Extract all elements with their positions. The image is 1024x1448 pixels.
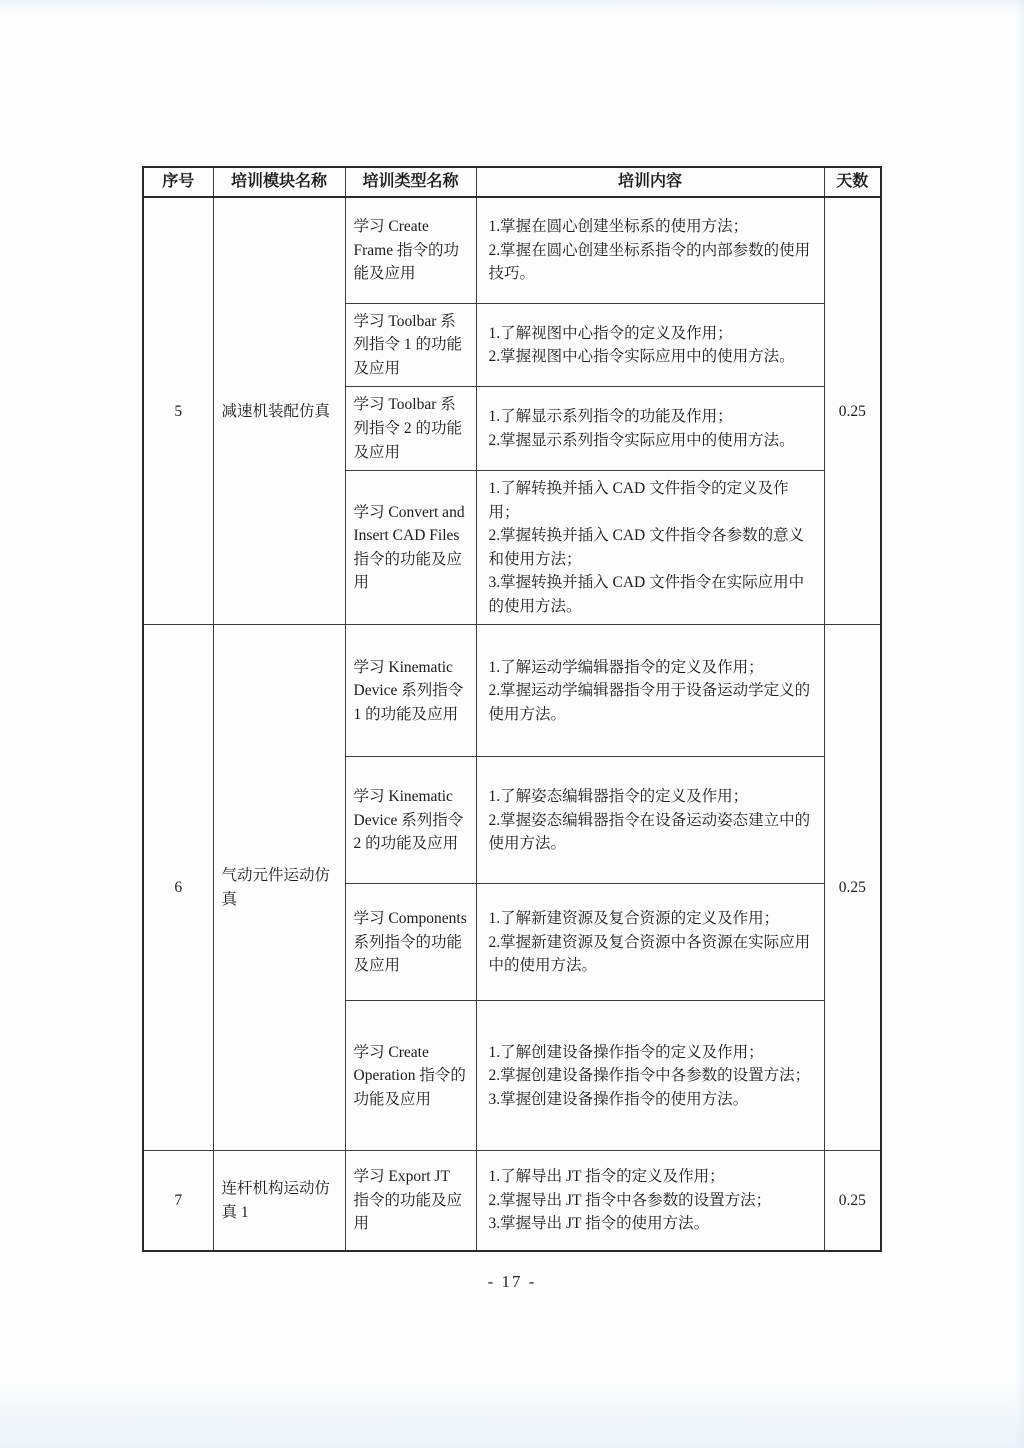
training-content: 1.了解显示系列指令的功能及作用； 2.掌握显示系列指令实际应用中的使用方法。 xyxy=(476,387,824,471)
module-6-name: 气动元件运动仿真 xyxy=(213,625,345,1151)
training-type: 学习 Components 系列指令的功能及应用 xyxy=(345,884,476,1001)
module-7-name: 连杆机构运动仿真 1 xyxy=(213,1151,345,1251)
table-row: 6 气动元件运动仿真 学习 Kinematic Device 系列指令 1 的功… xyxy=(143,625,881,757)
column-header-content: 培训内容 xyxy=(476,167,824,197)
column-header-no: 序号 xyxy=(143,167,213,197)
training-content: 1.了解新建资源及复合资源的定义及作用； 2.掌握新建资源及复合资源中各资源在实… xyxy=(476,884,824,1001)
module-6-number: 6 xyxy=(143,625,213,1151)
training-content: 1.了解转换并插入 CAD 文件指令的定义及作用； 2.掌握转换并插入 CAD … xyxy=(476,471,824,625)
scan-edge-tint-bottom xyxy=(0,1378,1024,1448)
training-schedule-table: 序号 培训模块名称 培训类型名称 培训内容 天数 5 减速机装配仿真 学习 Cr… xyxy=(142,166,882,1252)
module-6-days: 0.25 xyxy=(824,625,881,1151)
scan-edge-tint-top xyxy=(0,0,1024,12)
training-type: 学习 Kinematic Device 系列指令 1 的功能及应用 xyxy=(345,625,476,757)
training-type: 学习 Export JT 指令的功能及应用 xyxy=(345,1151,476,1251)
table-row: 7 连杆机构运动仿真 1 学习 Export JT 指令的功能及应用 1.了解导… xyxy=(143,1151,881,1251)
training-type: 学习 Kinematic Device 系列指令 2 的功能及应用 xyxy=(345,757,476,884)
training-content: 1.了解姿态编辑器指令的定义及作用； 2.掌握姿态编辑器指令在设备运动姿态建立中… xyxy=(476,757,824,884)
training-content: 1.了解视图中心指令的定义及作用； 2.掌握视图中心指令实际应用中的使用方法。 xyxy=(476,303,824,387)
module-7-days: 0.25 xyxy=(824,1151,881,1251)
column-header-days: 天数 xyxy=(824,167,881,197)
training-content: 1.了解运动学编辑器指令的定义及作用； 2.掌握运动学编辑器指令用于设备运动学定… xyxy=(476,625,824,757)
page-number: - 17 - xyxy=(0,1272,1024,1292)
training-type: 学习 Create Operation 指令的功能及应用 xyxy=(345,1001,476,1151)
training-type: 学习 Toolbar 系列指令 1 的功能及应用 xyxy=(345,303,476,387)
module-5-number: 5 xyxy=(143,197,213,625)
module-5-days: 0.25 xyxy=(824,197,881,625)
module-7-number: 7 xyxy=(143,1151,213,1251)
training-type: 学习 Create Frame 指令的功能及应用 xyxy=(345,197,476,303)
training-content: 1.了解创建设备操作指令的定义及作用； 2.掌握创建设备操作指令中各参数的设置方… xyxy=(476,1001,824,1151)
training-content: 1.了解导出 JT 指令的定义及作用； 2.掌握导出 JT 指令中各参数的设置方… xyxy=(476,1151,824,1251)
training-type: 学习 Convert and Insert CAD Files 指令的功能及应用 xyxy=(345,471,476,625)
column-header-module-name: 培训模块名称 xyxy=(213,167,345,197)
document-page: 序号 培训模块名称 培训类型名称 培训内容 天数 5 减速机装配仿真 学习 Cr… xyxy=(0,0,1024,1448)
training-content: 1.掌握在圆心创建坐标系的使用方法； 2.掌握在圆心创建坐标系指令的内部参数的使… xyxy=(476,197,824,303)
training-type: 学习 Toolbar 系列指令 2 的功能及应用 xyxy=(345,387,476,471)
module-5-name: 减速机装配仿真 xyxy=(213,197,345,625)
column-header-type-name: 培训类型名称 xyxy=(345,167,476,197)
table-row: 5 减速机装配仿真 学习 Create Frame 指令的功能及应用 1.掌握在… xyxy=(143,197,881,303)
table-header-row: 序号 培训模块名称 培训类型名称 培训内容 天数 xyxy=(143,167,881,197)
scan-edge-tint-right xyxy=(1014,0,1024,1448)
